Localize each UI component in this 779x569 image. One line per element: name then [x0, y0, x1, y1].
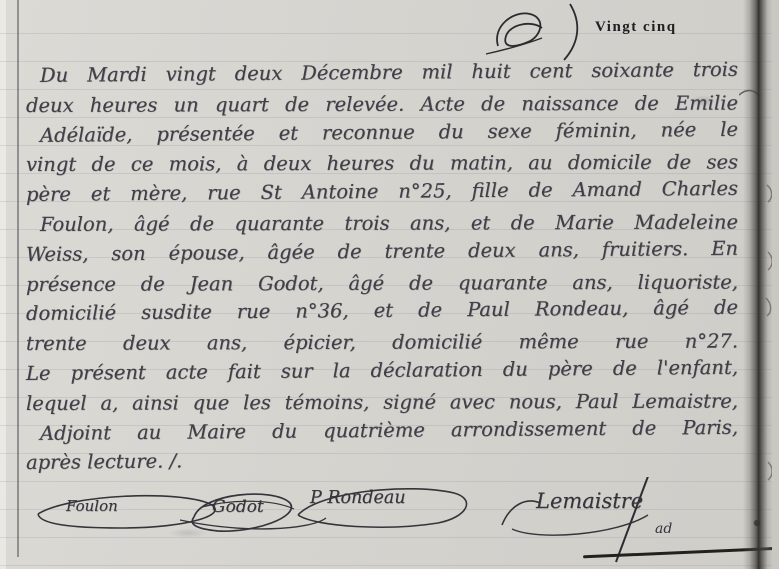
- scan-right-edge: [772, 0, 779, 569]
- signature-name: Godot: [212, 497, 264, 517]
- act-line: Du Mardi vingt deux Décembre mil huit ce…: [26, 55, 738, 91]
- signature-name: P Rondeau: [310, 488, 406, 508]
- act-line: Weiss, son épouse, âgée de trente deux a…: [26, 234, 738, 270]
- ink-smudge: [690, 95, 716, 107]
- signature-rondeau: P Rondeau: [288, 479, 478, 533]
- signature-lemaistre: Lemaistre ad: [498, 477, 708, 563]
- act-line: domicilié susdite rue n°36, et de Paul R…: [26, 293, 738, 329]
- ink-smudge: [168, 528, 208, 538]
- act-line: Le présent acte fait sur la déclaration …: [26, 353, 738, 389]
- act-line: Adélaïde, présentée et reconnue du sexe …: [26, 114, 738, 150]
- folio-number-word: Vingt cinq: [595, 19, 677, 36]
- header-paraph-flourish-icon: [484, 2, 590, 62]
- margin-rule-line: [17, 0, 19, 557]
- officer-annotation: ad: [655, 521, 672, 537]
- registry-page-scan: Vingt cinq Du Mardi vingt deux Décembre …: [0, 0, 779, 569]
- act-line: père et mère, rue St Antoine n°25, fille…: [26, 174, 738, 210]
- act-line: après lecture. /.: [26, 441, 738, 478]
- scan-left-edge: [0, 0, 6, 569]
- signature-name: Lemaistre: [536, 489, 643, 513]
- act-text-block: Du Mardi vingt deux Décembre mil huit ce…: [26, 61, 738, 478]
- signature-name: Foulon: [66, 497, 118, 515]
